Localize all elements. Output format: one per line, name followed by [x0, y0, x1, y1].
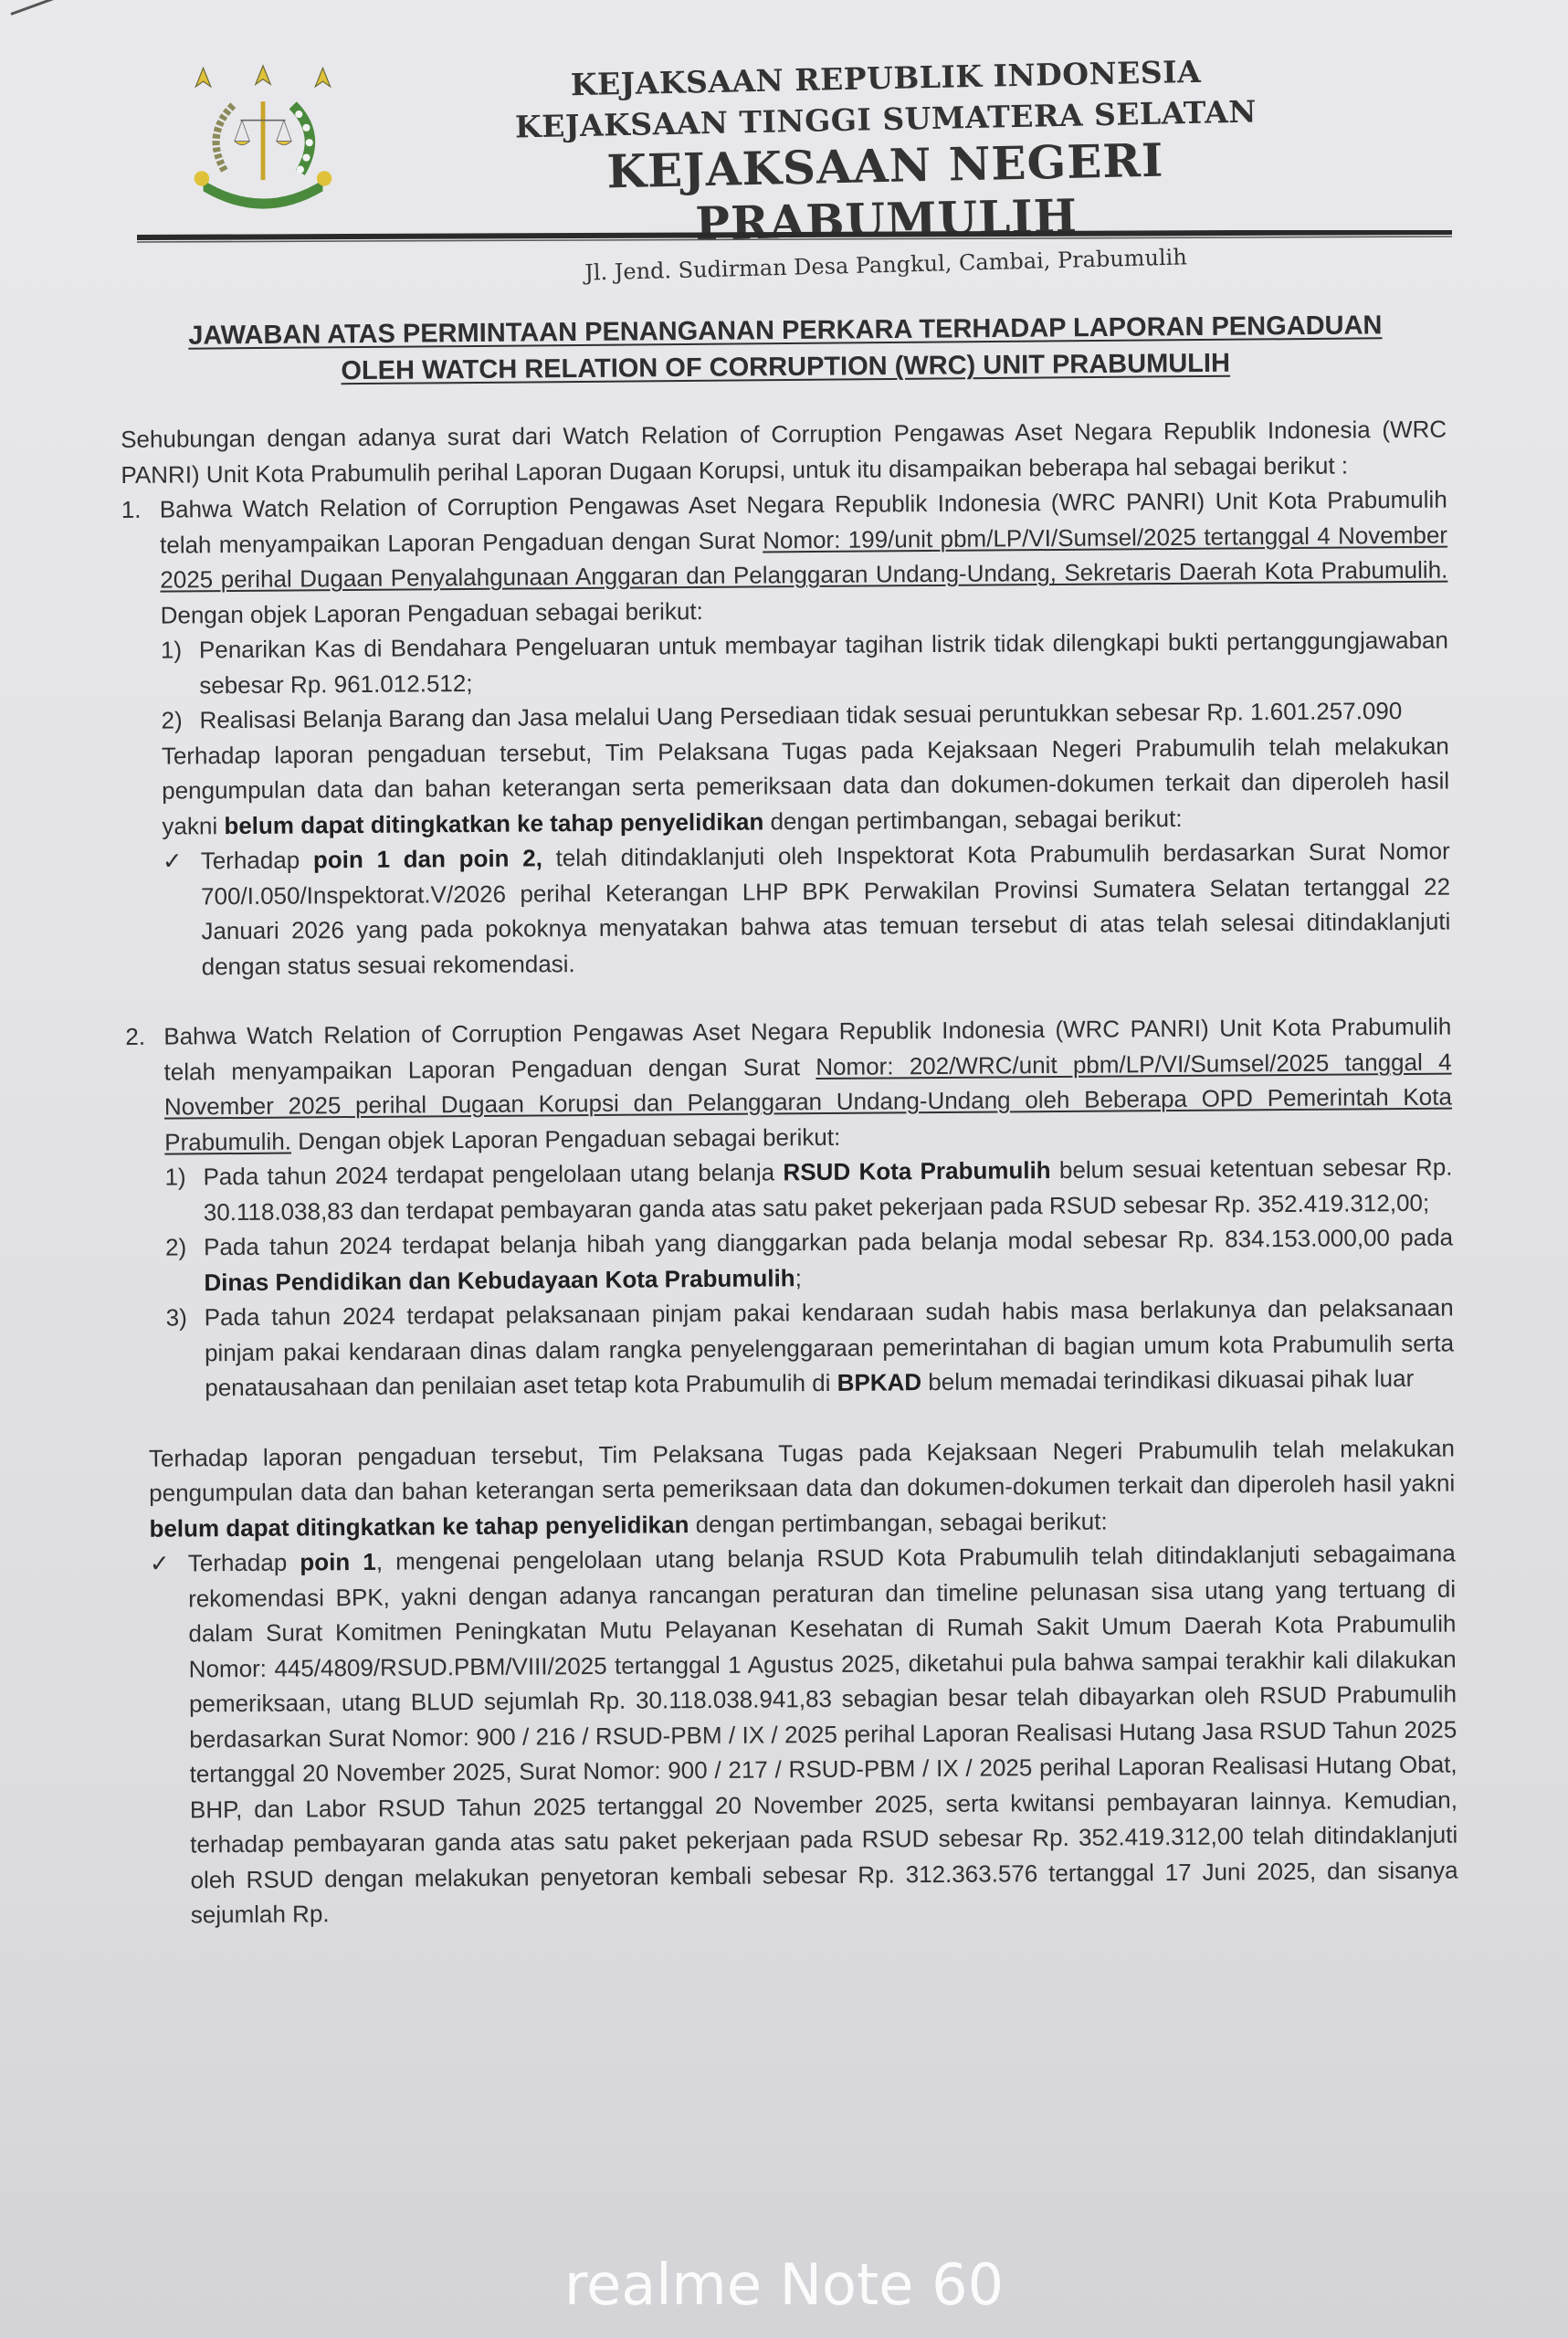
check-item: ✓ Terhadap poin 1 dan poin 2, telah diti…	[163, 834, 1451, 985]
sub-item: 3) Pada tahun 2024 terdapat pelaksanaan …	[166, 1290, 1455, 1406]
list-item: 2. Bahwa Watch Relation of Corruption Pe…	[125, 1009, 1454, 1406]
paper-edge	[10, 0, 62, 16]
title-line-2: OLEH WATCH RELATION OF CORRUPTION (WRC) …	[341, 349, 1230, 385]
response-paragraph: Terhadap laporan pengaduan tersebut, Tim…	[149, 1430, 1456, 1546]
response-paragraph: Terhadap laporan pengaduan tersebut, Tim…	[162, 728, 1450, 844]
item-paragraph: Bahwa Watch Relation of Corruption Penga…	[163, 1009, 1452, 1160]
letterhead-divider	[137, 230, 1452, 243]
intro-paragraph: Sehubungan dengan adanya surat dari Watc…	[121, 412, 1447, 492]
document-page: KEJAKSAAN REPUBLIK INDONESIA KEJAKSAAN T…	[0, 0, 1568, 2338]
document-body: Sehubungan dengan adanya surat dari Watc…	[121, 412, 1458, 1933]
document-title: JAWABAN ATAS PERMINTAAN PENANGANAN PERKA…	[119, 307, 1453, 392]
kejaksaan-emblem-icon	[181, 53, 345, 217]
camera-watermark: realme Note 60	[0, 2251, 1568, 2318]
sub-item: 1) Penarikan Kas di Bendahara Pengeluara…	[161, 623, 1449, 703]
sub-item: 1) Pada tahun 2024 terdapat pengelolaan …	[164, 1150, 1453, 1230]
sub-item: 2) Pada tahun 2024 terdapat belanja hiba…	[165, 1220, 1454, 1301]
checkmark-icon: ✓	[163, 843, 202, 984]
item-2-response: Terhadap laporan pengaduan tersebut, Tim…	[129, 1430, 1458, 1933]
checkmark-icon: ✓	[150, 1545, 191, 1933]
item-paragraph: Bahwa Watch Relation of Corruption Penga…	[160, 482, 1448, 633]
item-number: 2.	[125, 1019, 166, 1406]
letterhead: KEJAKSAAN REPUBLIK INDONESIA KEJAKSAAN T…	[429, 60, 1342, 278]
item-number: 1.	[121, 492, 163, 985]
check-item: ✓ Terhadap poin 1, mengenai pengelolaan …	[150, 1536, 1458, 1933]
list-item: 1. Bahwa Watch Relation of Corruption Pe…	[121, 482, 1451, 985]
